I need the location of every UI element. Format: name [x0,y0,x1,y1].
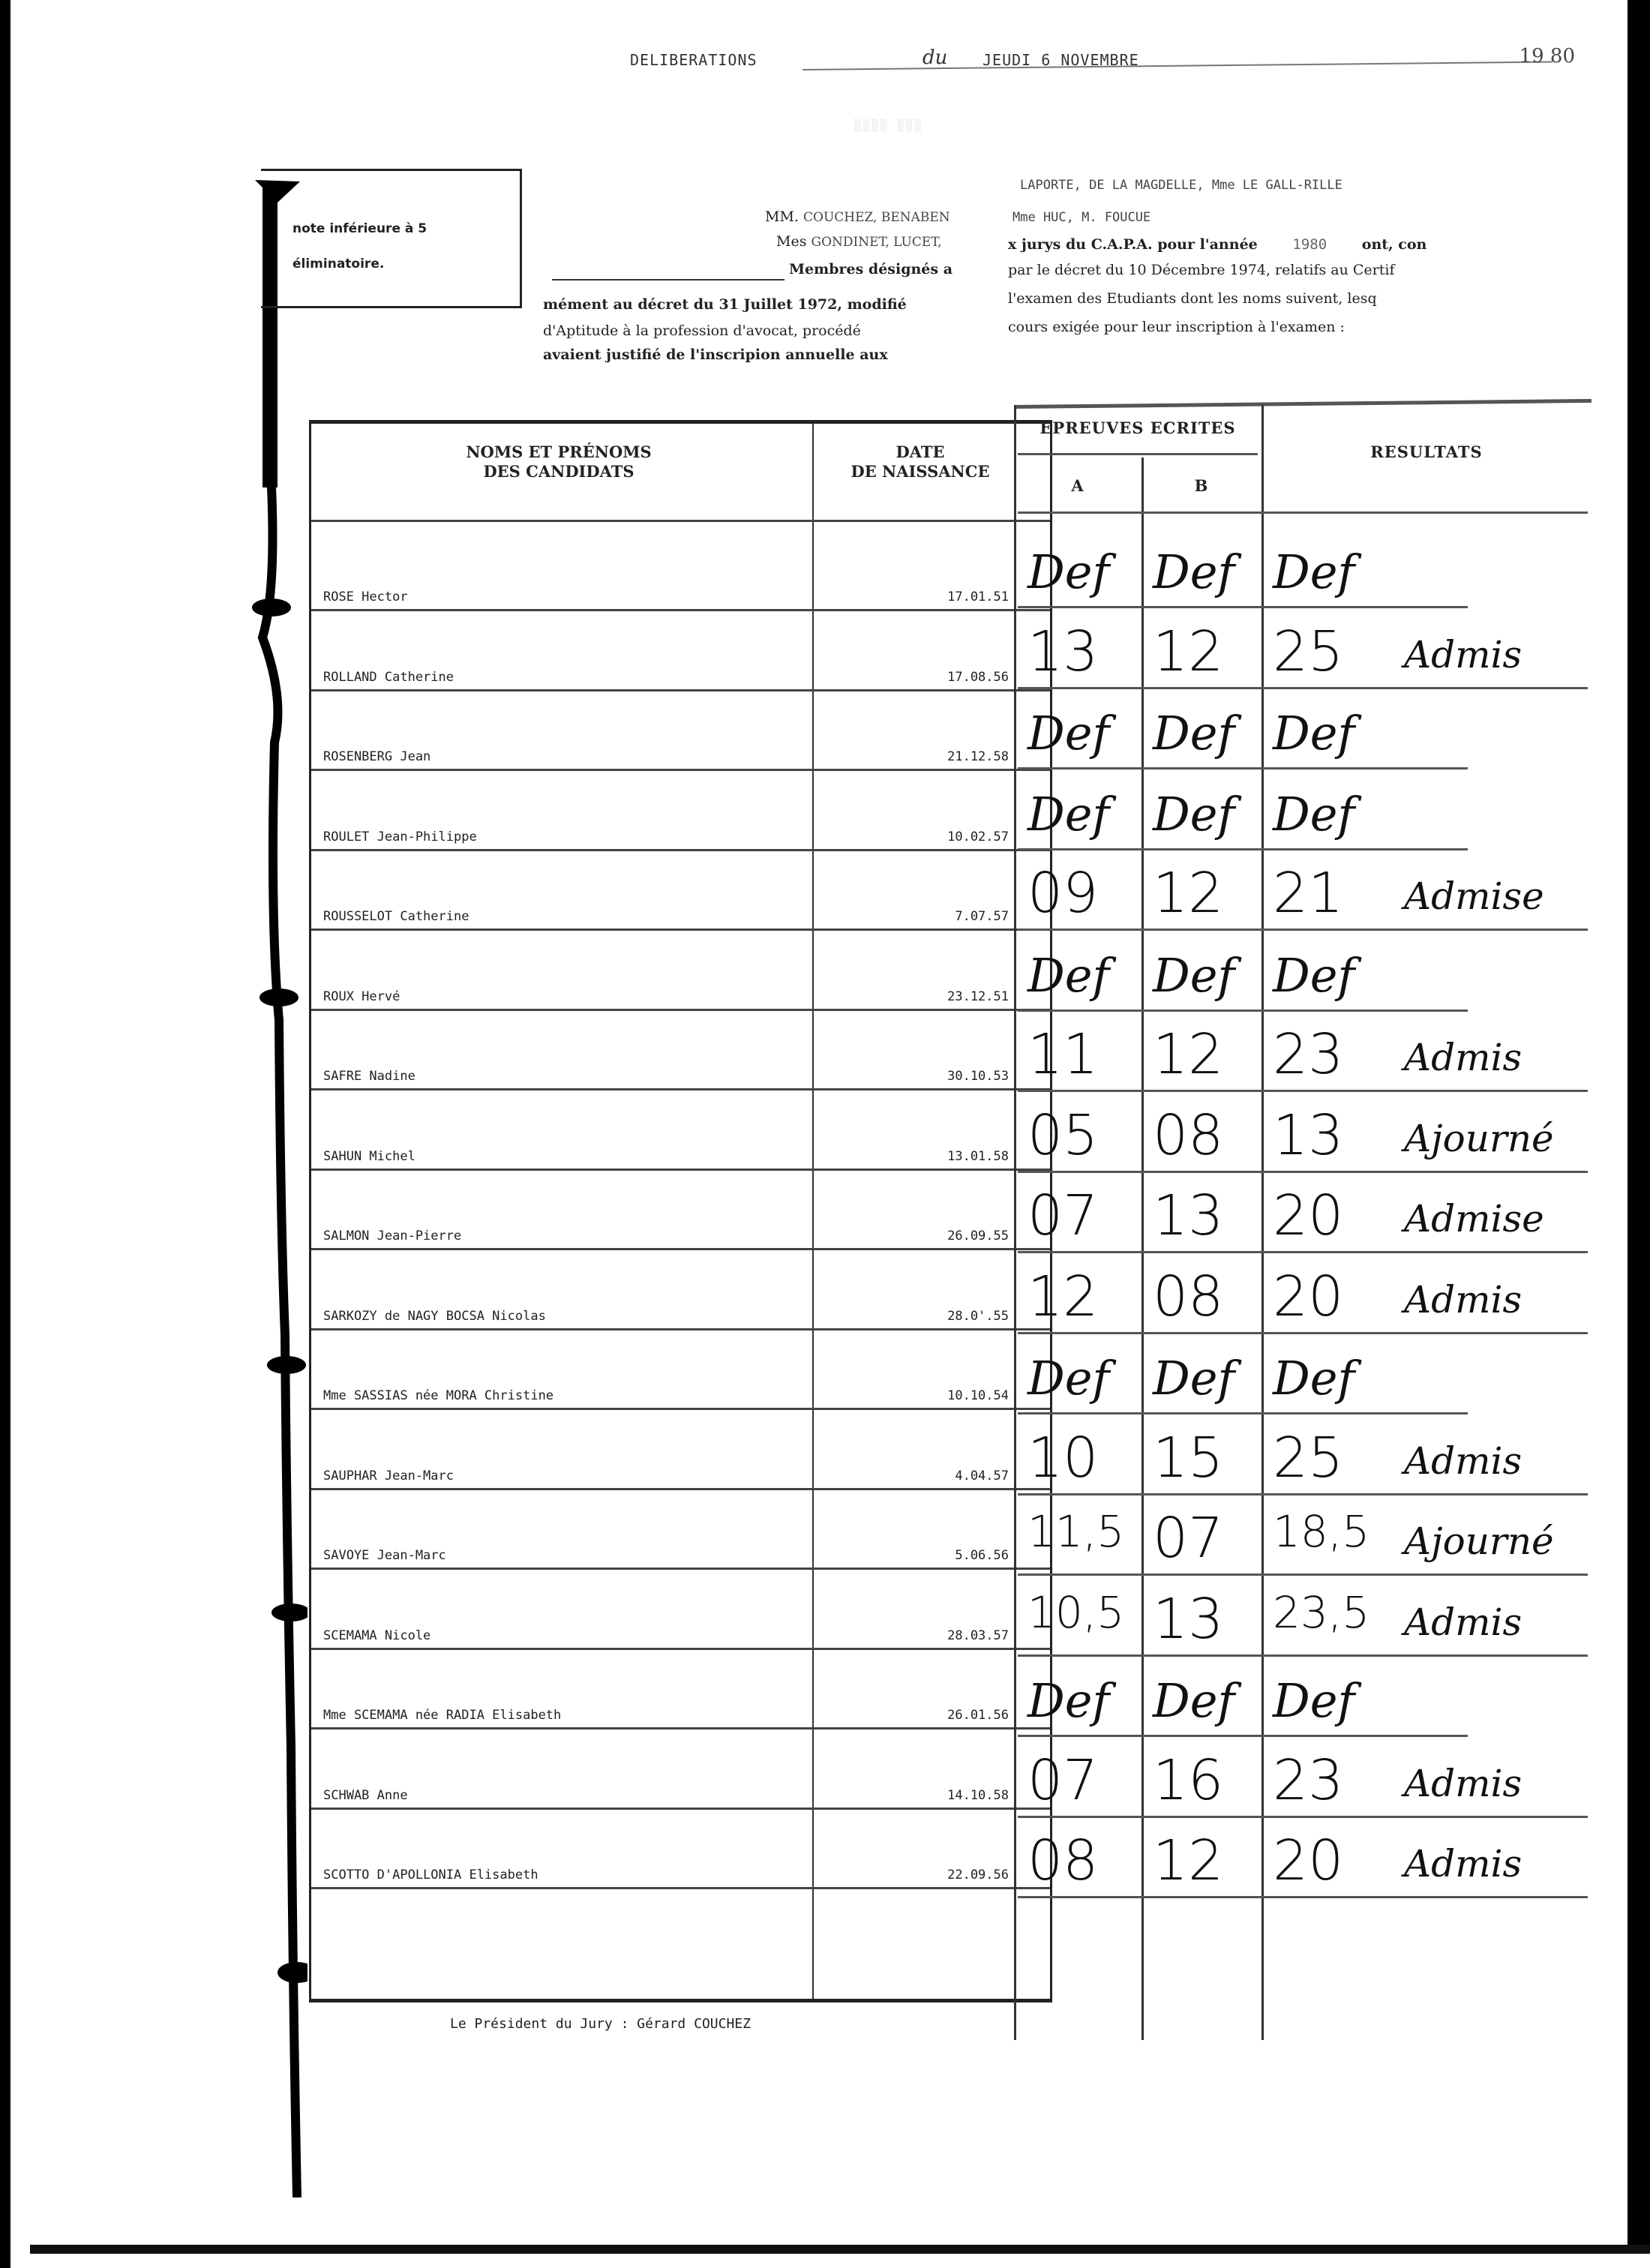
score-a: 10 [1027,1426,1098,1490]
score-row-rule [1018,1896,1588,1898]
row-rule [311,1088,1050,1090]
grid-vline-a [1014,405,1016,2040]
candidate-name: ROLLAND Catherine [323,670,454,685]
scores-grid: EPREUVES ECRITES A B RESULTATS DefDefDef… [1014,405,1591,2047]
score-total: Def [1273,1351,1354,1405]
candidate-name: Mme SCEMAMA née RADIA Elisabeth [323,1708,561,1723]
candidate-dob: 17.08.56 [911,670,1009,685]
candidate-dob: 13.01.58 [911,1149,1009,1164]
score-row-rule [1018,1251,1588,1253]
header-rule [802,61,1552,70]
candidate-name: ROSENBERG Jean [323,749,430,764]
score-b: Def [1153,1673,1234,1728]
score-row-rule [1018,1816,1588,1818]
intro-left-3: d'Aptitude à la profession d'avocat, pro… [543,322,861,339]
candidate-name: SAUPHAR Jean-Marc [323,1468,454,1483]
row-rule [311,1168,1050,1171]
score-mention: Admis [1404,1762,1522,1805]
score-b: Def [1153,544,1234,599]
score-mention: Admise [1404,1197,1544,1240]
candidate-dob: 7.07.57 [911,909,1009,924]
score-b: 08 [1153,1264,1223,1329]
row-rule [311,1567,1050,1570]
row-rule [311,849,1050,851]
score-b: 07 [1153,1506,1223,1570]
intro-right-2: par le décret du 10 Décembre 1974, relat… [1008,262,1395,278]
blank-line [552,279,784,280]
score-b: 13 [1153,1587,1223,1651]
score-row-rule [1018,1654,1588,1657]
binding-string-icon [247,172,307,2197]
score-row-rule [1018,848,1468,850]
score-b: 12 [1153,861,1223,925]
row-rule [311,1248,1050,1250]
score-b: Def [1153,706,1234,760]
score-row-rule [1018,1171,1588,1173]
score-mention: Admis [1404,633,1522,676]
score-row-rule [1018,1090,1588,1092]
score-total: 23 [1273,1022,1343,1087]
score-row-rule [1018,928,1588,931]
candidate-dob: 22.09.56 [911,1867,1009,1882]
score-total: 18,5 [1273,1506,1369,1557]
candidate-dob: 23.12.51 [911,989,1009,1004]
score-mention: Admis [1404,1842,1522,1885]
score-row-rule [1018,1573,1588,1576]
score-row-rule [1018,1332,1588,1334]
row-rule [311,1408,1050,1410]
grid-top-rule [1014,399,1591,409]
score-a: 05 [1027,1103,1098,1168]
candidate-dob: 5.06.56 [911,1548,1009,1563]
score-a: 08 [1027,1828,1098,1893]
row-rule [311,769,1050,771]
epreuves-rule [1018,453,1258,455]
score-mention: Admis [1404,1278,1522,1321]
header-col-a: A [1021,476,1134,495]
score-total: 20 [1273,1828,1343,1893]
grid-vline-results [1261,405,1264,2040]
row-rule [311,1727,1050,1729]
grid-vline-b [1141,457,1144,2040]
score-a: 07 [1027,1183,1098,1248]
jury-names-cont-1: LAPORTE, DE LA MAGDELLE, Mme LE GALL-RIL… [1020,178,1342,193]
intro-right-4: cours exigée pour leur inscription à l'e… [1008,319,1345,335]
row-rule [311,1887,1050,1889]
score-a: 09 [1027,861,1098,925]
candidate-dob: 30.10.53 [911,1069,1009,1084]
candidate-name: SCOTTO D'APOLLONIA Elisabeth [323,1867,538,1882]
score-total: 23,5 [1273,1587,1369,1638]
row-rule [311,1009,1050,1011]
score-a: 13 [1027,619,1098,684]
score-a: Def [1027,544,1109,599]
header-resultats: RESULTATS [1269,442,1584,461]
members-label: Membres désignés a [789,261,952,277]
score-a: Def [1027,706,1109,760]
score-b: 12 [1153,1022,1223,1087]
intro-right-3: l'examen des Etudiants dont les noms sui… [1008,290,1377,307]
scan-edge-bottom [30,2245,1650,2254]
candidate-name: SALMON Jean-Pierre [323,1228,461,1243]
page-header: DELIBERATIONS du JEUDI 6 NOVEMBRE 19 80 [630,43,1575,73]
row-rule [311,928,1050,931]
intro-right-1: x jurys du C.A.P.A. pour l'année 1980 on… [1008,236,1426,253]
score-b: Def [1153,1351,1234,1405]
candidate-name: SARKOZY de NAGY BOCSA Nicolas [323,1309,546,1324]
score-row-rule [1018,1412,1468,1414]
candidate-name: Mme SASSIAS née MORA Christine [323,1388,553,1403]
faint-marks: ░░░░ ░░░ [855,120,923,132]
score-total: Def [1273,948,1354,1003]
candidate-name: ROSE Hector [323,589,408,604]
score-b: Def [1153,787,1234,841]
header-col-b: B [1145,476,1258,495]
row-rule [311,1328,1050,1330]
score-total: 20 [1273,1183,1343,1248]
intro-left-4: avaient justifié de l'inscripion annuell… [543,346,888,363]
candidate-name: SAFRE Nadine [323,1069,415,1084]
margin-note-line2: éliminatoire. [292,256,384,271]
candidate-name: ROUSSELOT Catherine [323,909,469,924]
candidate-dob: 17.01.51 [911,589,1009,604]
score-a: 12 [1027,1264,1098,1329]
score-mention: Admis [1404,1439,1522,1483]
candidate-name: SCHWAB Anne [323,1788,408,1803]
score-a: 10,5 [1027,1587,1124,1638]
candidate-dob: 28.0'.55 [911,1309,1009,1324]
header-deliberations: DELIBERATIONS [630,51,757,69]
candidate-dob: 21.12.58 [911,749,1009,764]
score-row-rule [1018,1009,1468,1012]
score-total: Def [1273,787,1354,841]
candidate-dob: 10.10.54 [911,1388,1009,1403]
header-names: NOMS ET PRÉNOMS DES CANDIDATS [356,442,761,482]
score-total: 21 [1273,861,1343,925]
row-rule [311,1807,1050,1810]
score-mention: Admis [1404,1036,1522,1079]
candidate-name: ROUX Hervé [323,989,400,1004]
candidates-table: NOMS ET PRÉNOMS DES CANDIDATS DATE DE NA… [309,420,1052,2002]
score-row-rule [1018,606,1468,608]
score-mention: Ajourné [1404,1117,1554,1160]
score-mention: Admise [1404,874,1544,918]
score-mention: Ajourné [1404,1519,1554,1563]
score-b: 08 [1153,1103,1223,1168]
score-row-rule [1018,767,1468,769]
margin-note-box [261,169,522,308]
scan-edge-left [0,0,10,2268]
row-rule [311,1488,1050,1490]
score-row-rule [1018,1493,1588,1495]
score-a: Def [1027,1351,1109,1405]
candidate-dob: 14.10.58 [911,1788,1009,1803]
candidate-name: ROULET Jean-Philippe [323,829,477,844]
score-total: 25 [1273,1426,1343,1490]
header-epreuves: EPREUVES ECRITES [1018,418,1258,437]
jury-line-2: Mes GONDINET, LUCET, [776,233,942,250]
candidate-name: SAVOYE Jean-Marc [323,1548,446,1563]
score-b: 15 [1153,1426,1223,1490]
score-total: 13 [1273,1103,1343,1168]
score-a: Def [1027,787,1109,841]
candidate-dob: 26.09.55 [911,1228,1009,1243]
score-row-rule [1018,687,1588,689]
score-a: Def [1027,1673,1109,1728]
header-dob: DATE DE NAISSANCE [815,442,1025,482]
score-mention: Admis [1404,1600,1522,1644]
column-divider [812,424,814,1999]
score-total: 20 [1273,1264,1343,1329]
candidate-dob: 26.01.56 [911,1708,1009,1723]
candidate-dob: 10.02.57 [911,829,1009,844]
header-bottom-rule [1018,511,1588,514]
score-a: 11,5 [1027,1506,1124,1557]
score-a: Def [1027,948,1109,1003]
header-page-number: 19 80 [1519,45,1575,67]
score-b: 13 [1153,1183,1223,1248]
score-total: Def [1273,706,1354,760]
score-b: 12 [1153,619,1223,684]
scan-edge-right [1627,0,1650,2250]
score-b: 12 [1153,1828,1223,1893]
candidate-name: SAHUN Michel [323,1149,415,1164]
score-total: 25 [1273,619,1343,684]
score-b: 16 [1153,1748,1223,1813]
score-b: Def [1153,948,1234,1003]
score-total: Def [1273,544,1354,599]
row-rule [311,1648,1050,1650]
jury-line-1: MM. COUCHEZ, BENABEN [765,208,950,225]
margin-note-line1: note inférieure à 5 [292,221,427,236]
intro-left-2: mément au décret du 31 Juillet 1972, mod… [543,296,907,313]
row-rule [311,609,1050,611]
score-a: 11 [1027,1022,1098,1087]
score-a: 07 [1027,1748,1098,1813]
president-signature-line: Le Président du Jury : Gérard COUCHEZ [450,2016,751,2032]
header-du: du [922,46,947,69]
score-total: Def [1273,1673,1354,1728]
candidate-name: SCEMAMA Nicole [323,1628,430,1643]
score-row-rule [1018,1735,1468,1737]
candidate-dob: 28.03.57 [911,1628,1009,1643]
candidate-dob: 4.04.57 [911,1468,1009,1483]
score-total: 23 [1273,1748,1343,1813]
row-rule [311,689,1050,691]
header-rule [311,520,1050,522]
jury-names-cont-2: Mme HUC, M. FOUCUE [1012,210,1150,225]
